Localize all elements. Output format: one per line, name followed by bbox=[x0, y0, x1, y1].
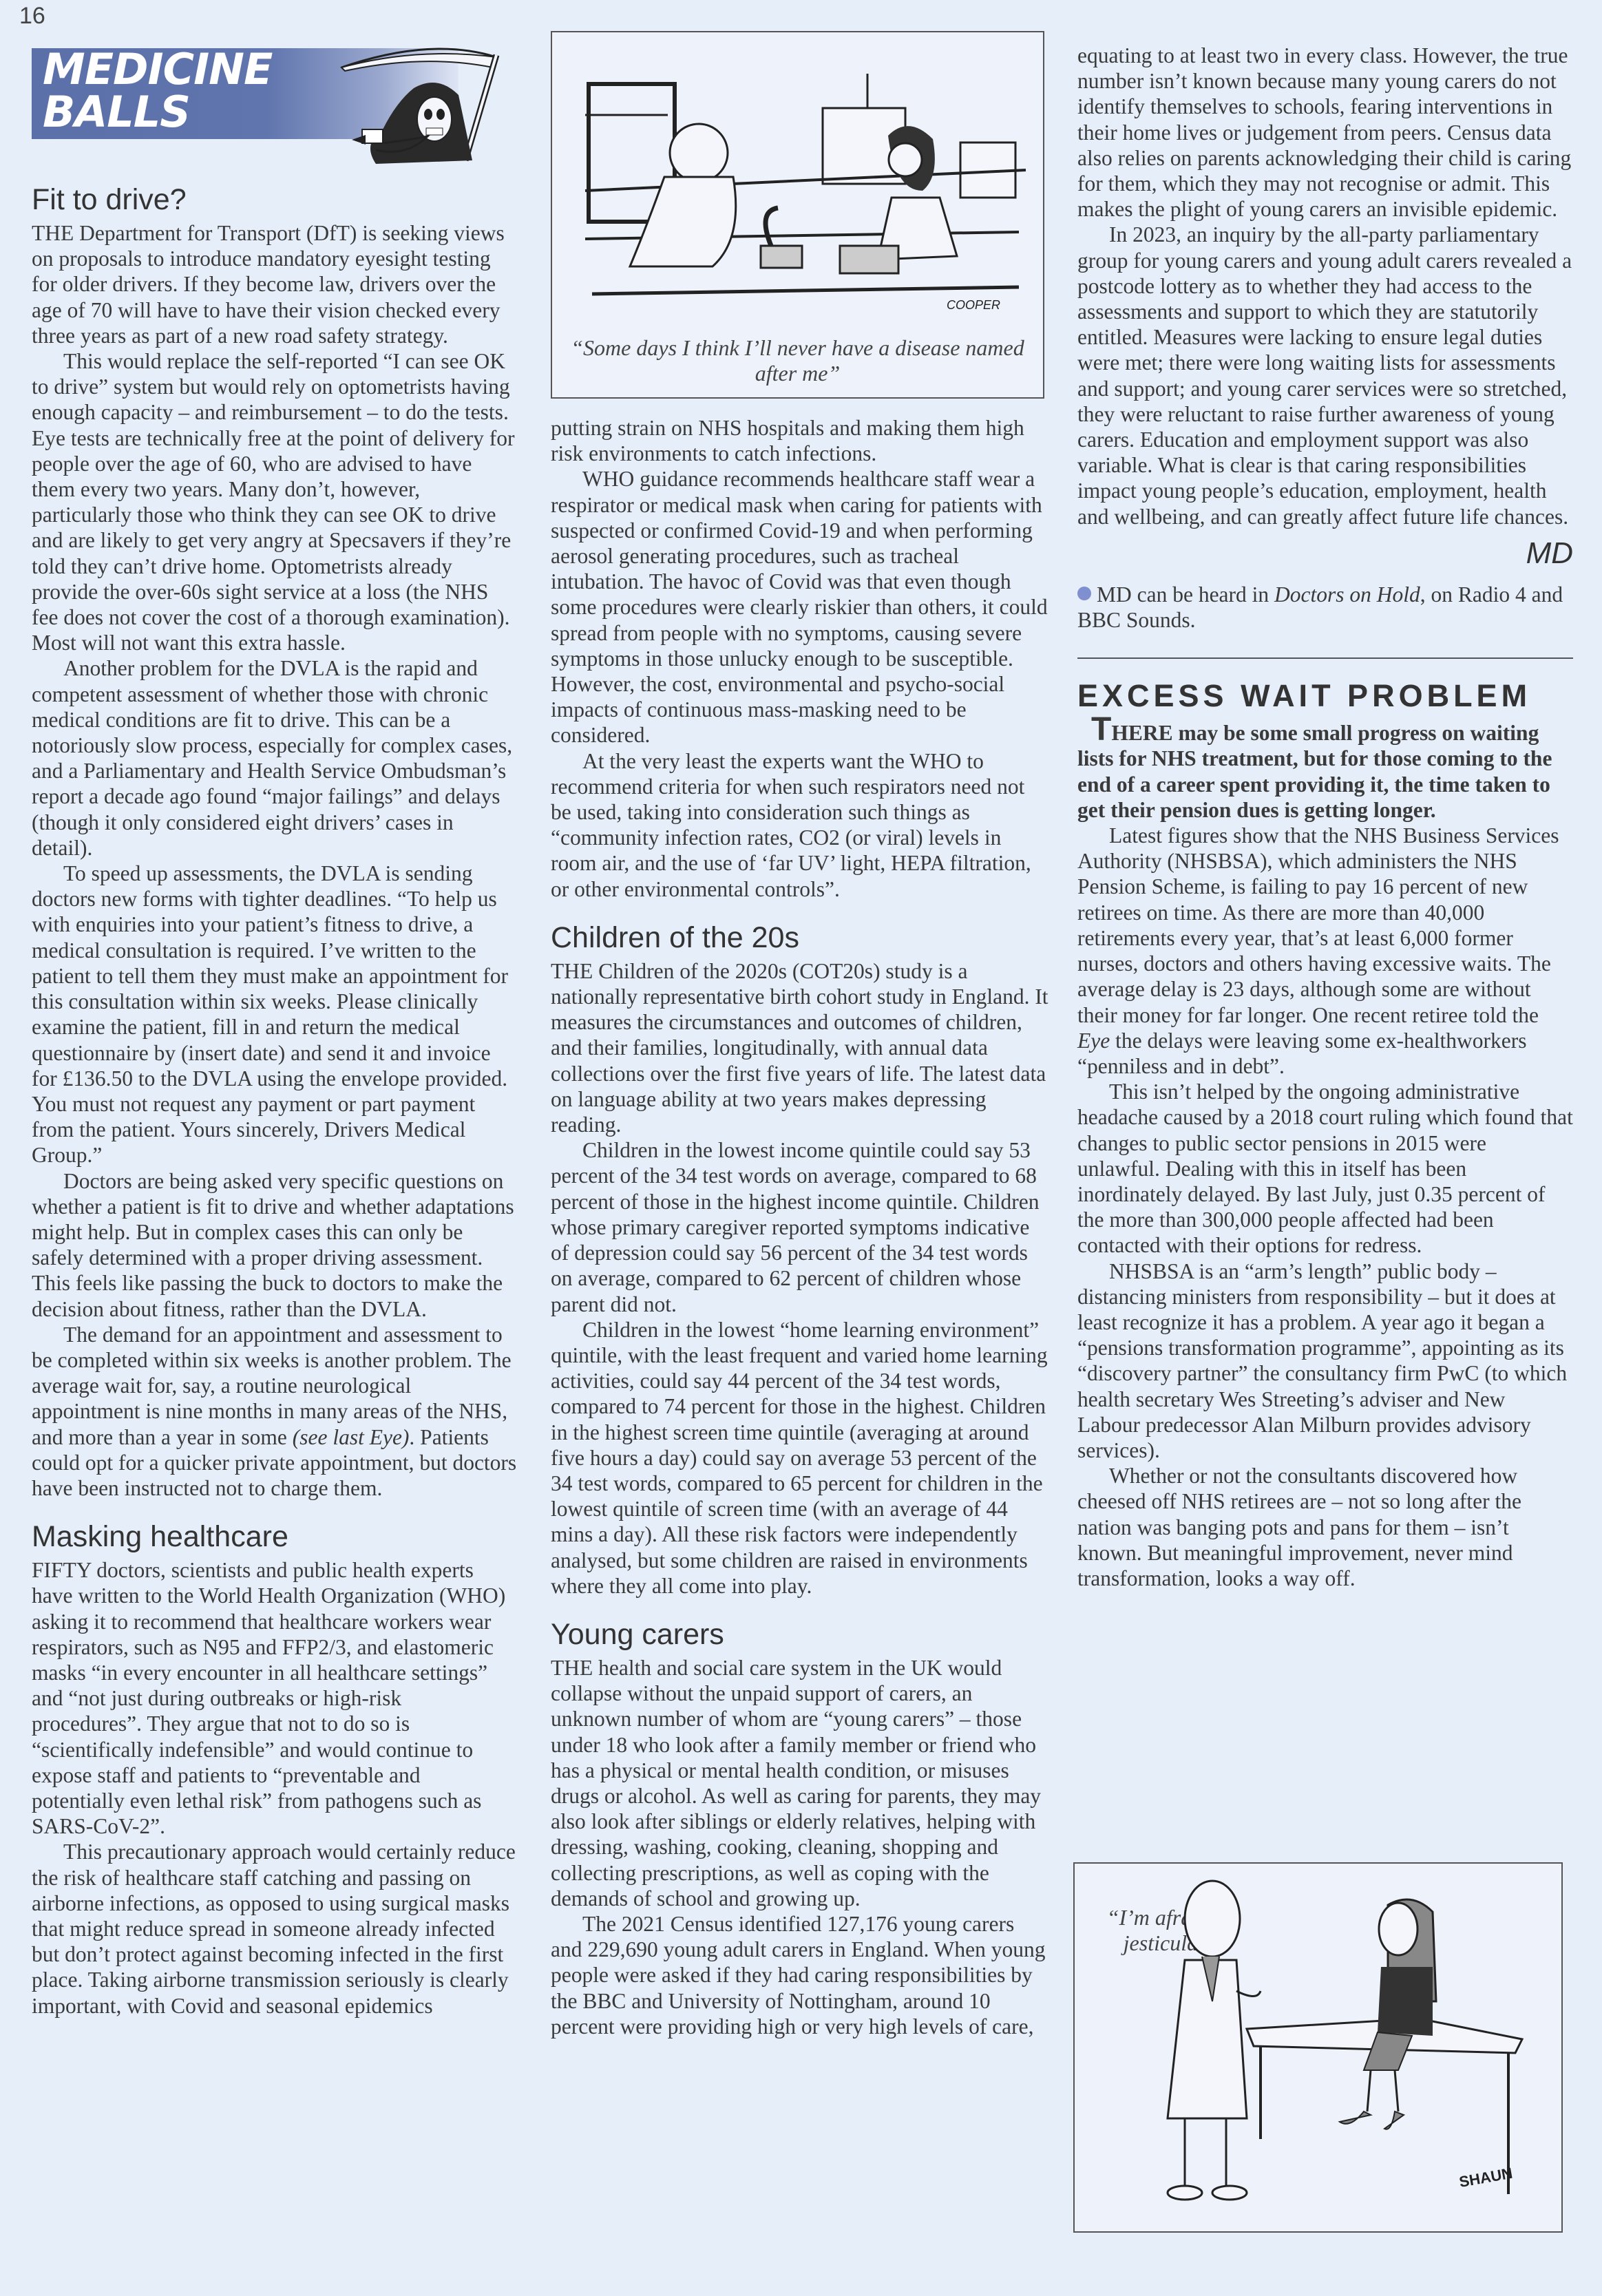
cartoon-lab: COOPER “Some days I think I’ll never hav… bbox=[551, 31, 1044, 399]
cartoonist-signature: COOPER bbox=[947, 298, 1000, 312]
excess-wait-para-4: Whether or not the consultants discovere… bbox=[1077, 1463, 1573, 1591]
md-radio-note: MD can be heard in Doctors on Hold, on R… bbox=[1077, 582, 1573, 633]
column-right: equating to at least two in every class.… bbox=[1077, 43, 1573, 1591]
young-carers-para-2: The 2021 Census identified 127,176 young… bbox=[551, 1911, 1050, 2039]
banner-title: MEDICINE BALLS bbox=[43, 48, 272, 134]
doctor-patient-cartoon-icon: SHAUN bbox=[1075, 1864, 1560, 2229]
cartoon-doctor-patient: “I’m afraid its jesticular” SHAUN bbox=[1073, 1862, 1563, 2233]
excess-wait-para-3: NHSBSA is an “arm’s length” public body … bbox=[1077, 1258, 1573, 1464]
children-para-1: THE Children of the 2020s (COT20s) study… bbox=[551, 958, 1050, 1137]
note-text: MD can be heard in bbox=[1097, 582, 1274, 607]
section-heading-young-carers: Young carers bbox=[551, 1614, 1050, 1655]
medicine-balls-banner: MEDICINE BALLS bbox=[32, 40, 514, 157]
see-last-eye-reference: (see last Eye) bbox=[293, 1425, 410, 1449]
drop-cap: T bbox=[1091, 711, 1111, 748]
fit-to-drive-para-6: The demand for an appointment and assess… bbox=[32, 1322, 517, 1501]
standfirst-text: HERE may be some small progress on waiti… bbox=[1077, 721, 1552, 822]
lab-scientists-cartoon-icon: COOPER bbox=[565, 39, 1033, 328]
author-signoff: MD bbox=[1077, 536, 1573, 571]
masking-cont-para-3: At the very least the experts want the W… bbox=[551, 748, 1050, 902]
masking-para-2: This precautionary approach would certai… bbox=[32, 1839, 517, 2018]
column-left: MEDICINE BALLS Fit to drive? THE Departm… bbox=[32, 40, 517, 2019]
masking-para-1: FIFTY doctors, scientists and public hea… bbox=[32, 1557, 517, 1839]
bullet-dot-icon bbox=[1077, 587, 1091, 600]
grim-reaper-icon bbox=[259, 40, 534, 164]
fit-to-drive-para-3: Another problem for the DVLA is the rapi… bbox=[32, 655, 517, 861]
section-heading-fit-to-drive: Fit to drive? bbox=[32, 179, 517, 220]
banner-title-line1: MEDICINE bbox=[43, 48, 272, 91]
cartoonist-signature: SHAUN bbox=[1458, 2165, 1514, 2191]
cartoon-caption: “Some days I think I’ll never have a dis… bbox=[552, 335, 1043, 386]
children-para-3: Children in the lowest “home learning en… bbox=[551, 1317, 1050, 1599]
excess-wait-para-2: This isn’t helped by the ongoing adminis… bbox=[1077, 1079, 1573, 1258]
fit-to-drive-para-2: This would replace the self-reported “I … bbox=[32, 348, 517, 655]
eye-reference: Eye bbox=[1077, 1029, 1110, 1053]
young-carers-cont-para-1: equating to at least two in every class.… bbox=[1077, 43, 1573, 222]
fit-to-drive-para-1: THE Department for Transport (DfT) is se… bbox=[32, 220, 517, 348]
programme-title: Doctors on Hold bbox=[1274, 582, 1420, 607]
para-text: the delays were leaving some ex-healthwo… bbox=[1077, 1029, 1527, 1078]
young-carers-para-1: THE health and social care system in the… bbox=[551, 1655, 1050, 1911]
section-heading-masking: Masking healthcare bbox=[32, 1516, 517, 1557]
excess-wait-para-1: Latest figures show that the NHS Busines… bbox=[1077, 823, 1573, 1079]
masking-cont-para-2: WHO guidance recommends healthcare staff… bbox=[551, 466, 1050, 748]
children-para-2: Children in the lowest income quintile c… bbox=[551, 1137, 1050, 1316]
column-middle: COOPER “Some days I think I’ll never hav… bbox=[551, 31, 1050, 2039]
fit-to-drive-para-5: Doctors are being asked very specific qu… bbox=[32, 1168, 517, 1322]
masking-cont-para-1: putting strain on NHS hospitals and maki… bbox=[551, 415, 1050, 466]
section-divider bbox=[1077, 657, 1573, 659]
page-number: 16 bbox=[19, 3, 45, 30]
fit-to-drive-para-4: To speed up assessments, the DVLA is sen… bbox=[32, 861, 517, 1168]
para-text: Latest figures show that the NHS Busines… bbox=[1077, 823, 1559, 1026]
young-carers-cont-para-2: In 2023, an inquiry by the all-party par… bbox=[1077, 222, 1573, 529]
banner-title-line2: BALLS bbox=[43, 91, 272, 134]
section-heading-excess-wait: EXCESS WAIT PROBLEM bbox=[1077, 678, 1573, 714]
section-heading-children-20s: Children of the 20s bbox=[551, 917, 1050, 958]
excess-wait-standfirst: THERE may be some small progress on wait… bbox=[1077, 717, 1573, 823]
